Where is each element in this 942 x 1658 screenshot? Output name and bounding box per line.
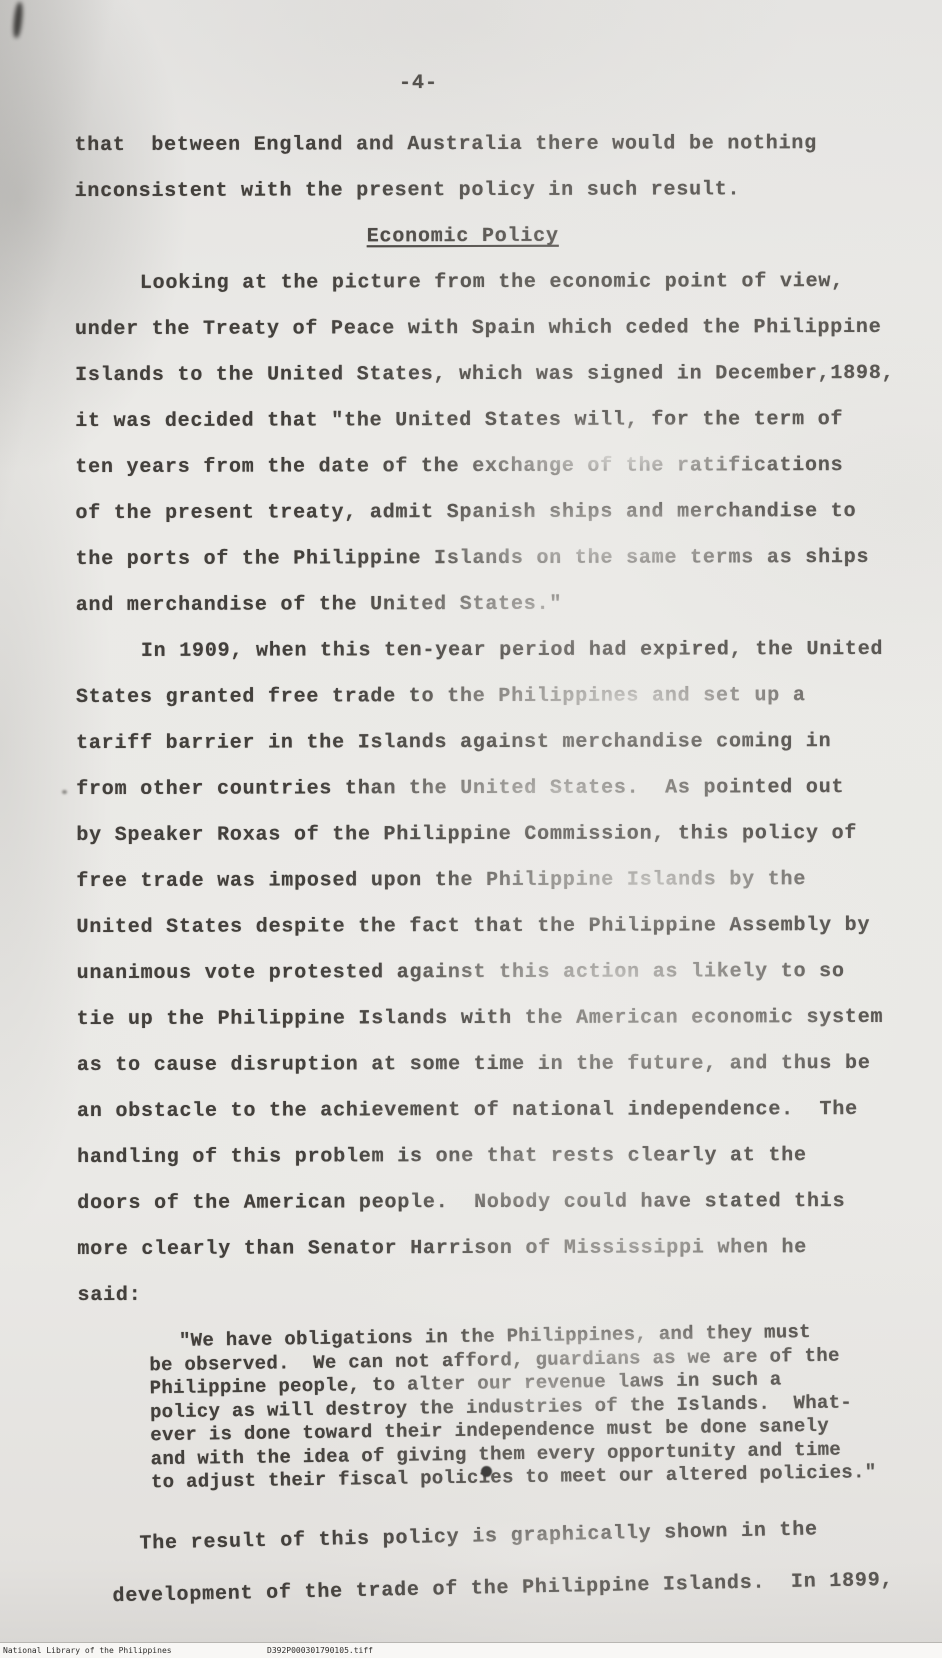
- text-line: tariff barrier in the Islands against me…: [76, 719, 882, 767]
- document-body: that between England and Australia there…: [74, 121, 883, 1319]
- text-line: by Speaker Roxas of the Philippine Commi…: [76, 811, 882, 859]
- text-line: Islands to the United States, which was …: [75, 351, 881, 399]
- text-line: of the present treaty, admit Spanish shi…: [75, 489, 881, 537]
- text-line: and merchandise of the United States.": [76, 581, 882, 629]
- text-line: United States despite the fact that the …: [76, 903, 882, 951]
- text-line: Looking at the picture from the economic…: [75, 259, 881, 307]
- text-line: that between England and Australia there…: [74, 121, 880, 169]
- text-line: ten years from the date of the exchange …: [75, 443, 881, 491]
- text-line: under the Treaty of Peace with Spain whi…: [75, 305, 881, 353]
- scan-metadata-bar: National Library of the Philippines D392…: [0, 1642, 942, 1658]
- text-line: unanimous vote protested against this ac…: [77, 949, 883, 997]
- block-quote: "We have obligations in the Philippines,…: [149, 1320, 911, 1495]
- section-heading-text: Economic Policy: [367, 225, 559, 249]
- text-line: inconsistent with the present policy in …: [75, 167, 881, 215]
- ink-blot-mark: [481, 1466, 492, 1477]
- section-heading: Economic Policy: [75, 213, 881, 261]
- text-line: free trade was imposed upon the Philippi…: [76, 857, 882, 905]
- text-line: States granted free trade to the Philipp…: [76, 673, 882, 721]
- text-line: an obstacle to the achievement of nation…: [77, 1087, 883, 1135]
- text-line: handling of this problem is one that res…: [77, 1133, 883, 1181]
- scan-smudge-mark: [12, 2, 24, 39]
- page-number: -4-: [399, 72, 438, 95]
- paper-speck: [62, 790, 67, 794]
- footer-library-label: National Library of the Philippines: [3, 1646, 172, 1655]
- text-line: In 1909, when this ten-year period had e…: [76, 627, 882, 675]
- closing-paragraph: The result of this policy is graphically…: [111, 1502, 933, 1623]
- text-line: more clearly than Senator Harrison of Mi…: [77, 1225, 883, 1273]
- text-line: tie up the Philippine Islands with the A…: [77, 995, 883, 1043]
- text-line: said:: [77, 1271, 883, 1319]
- text-line: doors of the American people. Nobody cou…: [77, 1179, 883, 1227]
- footer-filename-label: D392P000301790105.tiff: [267, 1646, 373, 1655]
- text-line: as to cause disruption at some time in t…: [77, 1041, 883, 1089]
- text-line: the ports of the Philippine Islands on t…: [76, 535, 882, 583]
- text-line: from other countries than the United Sta…: [76, 765, 882, 813]
- text-line: it was decided that "the United States w…: [75, 397, 881, 445]
